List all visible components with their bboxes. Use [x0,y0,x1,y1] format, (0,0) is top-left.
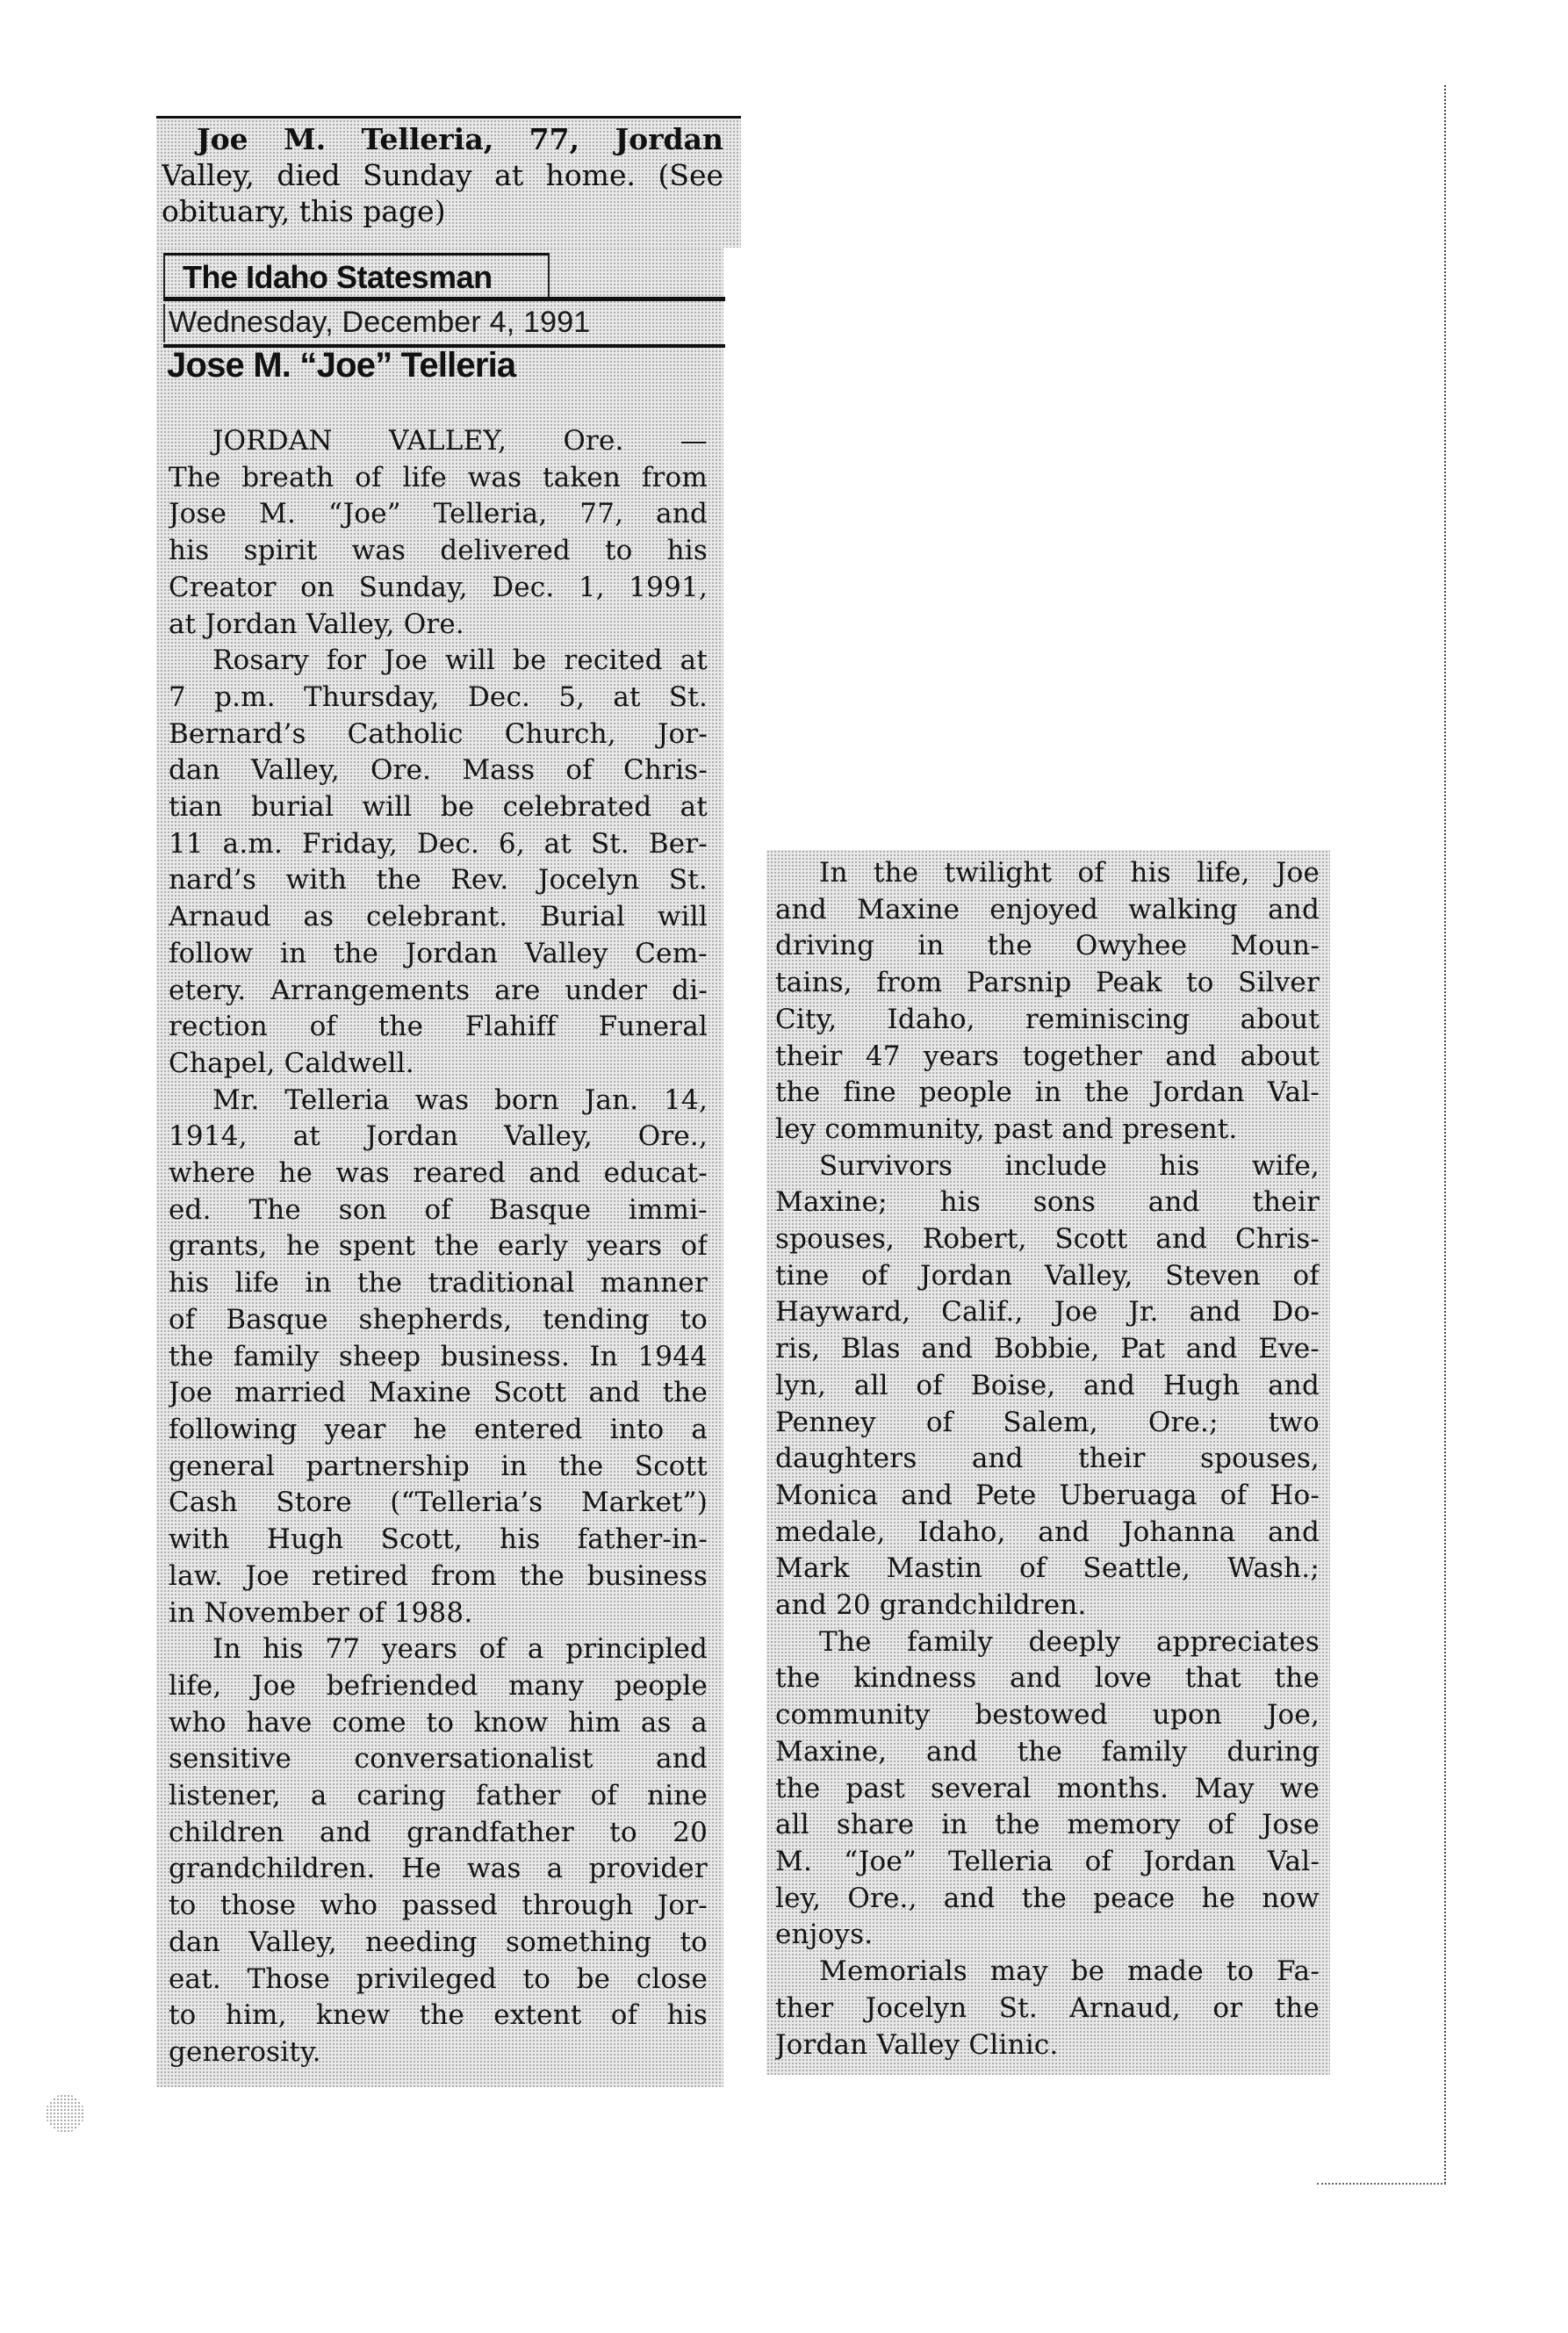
body-line: his spirit was delivered to his [169,533,708,570]
body-line: tian burial will be celebrated at [169,789,708,826]
body-line: etery. Arrangements are under di- [169,973,708,1010]
body-line: M. “Joe” Telleria of Jordan Val- [775,1844,1320,1881]
body-line: Cash Store (“Telleria’s Market”) [169,1485,708,1522]
body-line: general partnership in the Scott [169,1449,708,1486]
body-line: following year he entered into a [169,1412,708,1449]
body-line: ed. The son of Basque immi- [169,1192,708,1229]
body-line: 7 p.m. Thursday, Dec. 5, at St. [169,680,708,716]
body-line: sensitive conversationalist and [169,1741,708,1778]
body-line: grants, he spent the early years of [169,1228,708,1265]
obituary-body-column-1: JORDAN VALLEY, Ore. —The breath of life … [169,423,708,2071]
body-line: medale, Idaho, and Johanna and [775,1515,1320,1552]
body-line: Creator on Sunday, Dec. 1, 1991, [169,570,708,607]
page-scan-border-bottom [1317,2183,1446,2185]
body-line: life, Joe befriended many people [169,1668,708,1705]
body-line: JORDAN VALLEY, Ore. — [169,423,708,460]
body-line: Mark Mastin of Seattle, Wash.; [775,1551,1320,1588]
brief-line: Valley, died Sunday at home. (See [162,157,723,193]
body-line: the kindness and love that the [775,1660,1320,1697]
body-line: Rosary for Joe will be recited at [169,643,708,680]
body-line: all share in the memory of Jose [775,1807,1320,1844]
body-line: of Basque shepherds, tending to [169,1302,708,1339]
body-line: ther Jocelyn St. Arnaud, or the [775,1991,1320,2027]
brief-notice-text: Joe M. Telleria, 77, Jordan Valley, died… [162,121,723,229]
body-line: driving in the Owyhee Moun- [775,928,1320,965]
page-scan-border-right [1444,85,1446,2184]
body-line: enjoys. [775,1917,1320,1954]
obituary-body-column-2: In the twilight of his life, Joeand Maxi… [775,855,1320,2063]
body-line: to him, knew the extent of his [169,1998,708,2034]
body-line: Maxine, and the family during [775,1734,1320,1771]
brief-notice-clipping: Joe M. Telleria, 77, Jordan Valley, died… [156,116,741,248]
obituary-headline: Jose M. “Joe” Telleria [167,346,515,385]
body-line: Chapel, Caldwell. [169,1046,708,1083]
body-line: ley, Ore., and the peace he now [775,1881,1320,1918]
scan-smudge [46,2094,84,2133]
body-line: The family deeply appreciates [775,1624,1320,1661]
brief-line: obituary, this page) [162,193,723,229]
obituary-column-1-clipping: The Idaho Statesman Wednesday, December … [156,248,723,2087]
publication-date: Wednesday, December 4, 1991 [169,306,590,340]
clipping-top-rule [156,116,741,119]
body-line: Monica and Pete Uberuaga of Ho- [775,1478,1320,1515]
body-line: Maxine; his sons and their [775,1185,1320,1221]
body-line: their 47 years together and about [775,1039,1320,1076]
body-line: Jose M. “Joe” Telleria, 77, and [169,496,708,533]
body-line: and Maxine enjoyed walking and [775,892,1320,929]
brief-line: Joe M. Telleria, 77, Jordan [162,121,723,157]
body-line: his life in the traditional manner [169,1265,708,1302]
body-line: Bernard’s Catholic Church, Jor- [169,716,708,753]
body-line: Hayward, Calif., Joe Jr. and Do- [775,1294,1320,1331]
body-line: in November of 1988. [169,1595,708,1632]
body-line: daughters and their spouses, [775,1441,1320,1478]
body-line: ley community, past and present. [775,1112,1320,1148]
body-line: Jordan Valley Clinic. [775,2027,1320,2064]
body-line: Joe married Maxine Scott and the [169,1375,708,1412]
body-line: eat. Those privileged to be close [169,1962,708,1998]
body-line: who have come to know him as a [169,1705,708,1742]
obituary-column-2-clipping: In the twilight of his life, Joeand Maxi… [766,850,1330,2075]
newspaper-name: The Idaho Statesman [183,259,493,296]
body-line: and 20 grandchildren. [775,1588,1320,1624]
body-line: lyn, all of Boise, and Hugh and [775,1368,1320,1405]
body-line: follow in the Jordan Valley Cem- [169,936,708,973]
body-line: community bestowed upon Joe, [775,1697,1320,1734]
body-line: listener, a caring father of nine [169,1778,708,1815]
body-line: Memorials may be made to Fa- [775,1954,1320,1991]
body-line: nard’s with the Rev. Jocelyn St. [169,862,708,899]
body-line: tains, from Parsnip Peak to Silver [775,965,1320,1002]
body-line: generosity. [169,2034,708,2071]
body-line: the past several months. May we [775,1771,1320,1808]
body-line: The breath of life was taken from [169,460,708,497]
body-line: to those who passed through Jor- [169,1888,708,1925]
body-line: 11 a.m. Friday, Dec. 6, at St. Ber- [169,826,708,863]
body-line: grandchildren. He was a provider [169,1851,708,1888]
body-line: dan Valley, needing something to [169,1925,708,1962]
body-line: spouses, Robert, Scott and Chris- [775,1221,1320,1258]
body-line: where he was reared and educat- [169,1156,708,1192]
body-line: at Jordan Valley, Ore. [169,607,708,644]
body-line: Penney of Salem, Ore.; two [775,1405,1320,1442]
body-line: the family sheep business. In 1944 [169,1339,708,1376]
body-line: ris, Blas and Bobbie, Pat and Eve- [775,1331,1320,1368]
body-line: tine of Jordan Valley, Steven of [775,1258,1320,1295]
body-line: with Hugh Scott, his father-in- [169,1522,708,1559]
date-box: Wednesday, December 4, 1991 [163,304,674,342]
body-line: children and grandfather to 20 [169,1815,708,1852]
body-line: Survivors include his wife, [775,1148,1320,1185]
body-line: Arnaud as celebrant. Burial will [169,899,708,936]
masthead-rule [163,297,725,301]
body-line: dan Valley, Ore. Mass of Chris- [169,752,708,789]
body-line: rection of the Flahiff Funeral [169,1009,708,1046]
body-line: the fine people in the Jordan Val- [775,1075,1320,1112]
body-line: In his 77 years of a principled [169,1631,708,1668]
body-line: 1914, at Jordan Valley, Ore., [169,1119,708,1156]
body-line: law. Joe retired from the business [169,1559,708,1595]
body-line: City, Idaho, reminiscing about [775,1002,1320,1039]
body-line: In the twilight of his life, Joe [775,855,1320,892]
masthead-box: The Idaho Statesman [163,253,550,299]
body-line: Mr. Telleria was born Jan. 14, [169,1083,708,1120]
